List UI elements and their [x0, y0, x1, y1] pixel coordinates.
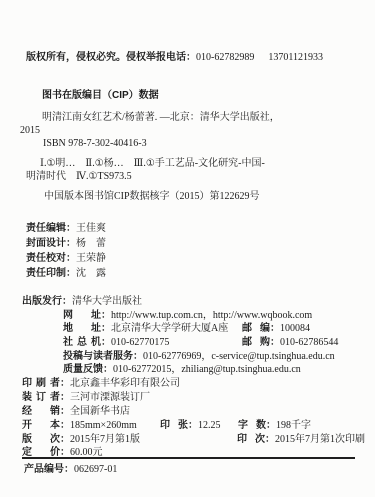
- edition-colon: ：: [60, 434, 70, 445]
- format-label: 开本: [22, 420, 60, 432]
- address-label: 地址: [63, 323, 101, 335]
- report-phone-2: 13701121933: [268, 52, 323, 63]
- report-phone-label: 侵权举报电话：: [126, 52, 196, 63]
- edition-line: 版次：2015年7月第1版印次：2015年7月第1次印刷: [22, 434, 365, 446]
- address-colon: ：: [101, 323, 111, 334]
- proofreader-name: 王荣静: [76, 253, 106, 264]
- cip-heading: 图书在版编目（CIP）数据: [42, 90, 159, 102]
- staff-line-print-supervisor: 责任印制：沈 露: [26, 268, 106, 280]
- wordcount-colon: ：: [266, 420, 276, 431]
- sheets-colon: ：: [188, 420, 198, 431]
- address-value: 北京清华大学学研大厦A座: [111, 323, 242, 335]
- staff-line-editor: 责任编辑：王佳爽: [26, 223, 106, 235]
- divider-line: [22, 457, 355, 459]
- publisher-line: 出版发行：清华大学出版社: [22, 296, 142, 308]
- product-number-value: 062697-01: [74, 464, 117, 475]
- cip-entry-line1: 明清江南女红艺术/杨蕾著. —北京：清华大学出版社，: [42, 112, 280, 124]
- report-phone-1: 010-62782989: [196, 52, 254, 63]
- copyright-notice: 版权所有，侵权必究。: [26, 52, 126, 63]
- proofreader-label: 责任校对：: [26, 253, 76, 264]
- distributor-line: 经销：全国新华书店: [22, 406, 130, 418]
- website-colon: ：: [101, 310, 111, 321]
- website-line: 网址：http://www.tup.com.cn，http://www.wqbo…: [63, 310, 312, 322]
- reader-service-label: 投稿与读者服务：: [63, 351, 143, 362]
- binder-value: 三河市溧源装订厂: [70, 392, 150, 403]
- classification-line1: Ⅰ.①明… Ⅱ.①杨… Ⅲ.①手工艺品-文化研究-中国-: [40, 158, 265, 170]
- cip-entry-line2: 2015: [20, 125, 40, 137]
- distributor-value: 全国新华书店: [70, 406, 130, 417]
- sheets-value: 12.25: [198, 420, 238, 432]
- staff-line-cover-design: 封面设计：杨 蕾: [26, 238, 106, 250]
- switchboard-value: 010-62770175: [111, 337, 242, 349]
- editor-name: 王佳爽: [76, 223, 106, 234]
- cover-design-label: 封面设计：: [26, 238, 76, 249]
- postcode-colon: ：: [270, 323, 280, 334]
- distributor-colon: ：: [60, 406, 70, 417]
- postcode-label: 邮编: [242, 323, 270, 335]
- wordcount-label: 字数: [238, 420, 266, 432]
- printer-colon: ：: [60, 378, 70, 389]
- printer-label: 印刷者: [22, 378, 60, 390]
- impression-value: 2015年7月第1次印刷: [275, 434, 365, 445]
- mail-order-colon: ：: [270, 337, 280, 348]
- reader-service-value: 010-62776969，c-service@tup.tsinghua.edu.…: [143, 351, 335, 362]
- edition-value: 2015年7月第1版: [70, 434, 237, 446]
- product-number-line: 产品编号：062697-01: [24, 464, 117, 476]
- wordcount-value: 198千字: [276, 420, 311, 431]
- product-number-label: 产品编号：: [24, 464, 74, 475]
- isbn-line: ISBN 978-7-302-40416-3: [43, 138, 147, 150]
- classification-line2: 明清时代 Ⅳ.①TS973.5: [26, 171, 132, 183]
- mail-order-value: 010-62786544: [280, 337, 338, 348]
- printer-line: 印刷者：北京鑫丰华彩印有限公司: [22, 378, 180, 390]
- switchboard-label: 社总机: [63, 337, 101, 349]
- format-line: 开本：185mm×260mm印张：12.25字数：198千字: [22, 420, 311, 432]
- impression-colon: ：: [265, 434, 275, 445]
- binder-colon: ：: [60, 392, 70, 403]
- sheets-label: 印张: [160, 420, 188, 432]
- binder-label: 装订者: [22, 392, 60, 404]
- copyright-notice-line: 版权所有，侵权必究。侵权举报电话：010-6278298913701121933: [26, 52, 323, 64]
- address-line: 地址：北京清华大学学研大厦A座邮编：100084: [63, 323, 310, 335]
- website-value: http://www.tup.com.cn，http://www.wqbook.…: [111, 310, 312, 321]
- switchboard-line: 社总机：010-62770175邮购：010-62786544: [63, 337, 338, 349]
- website-label: 网址: [63, 310, 101, 322]
- postcode-value: 100084: [280, 323, 310, 334]
- cover-design-name: 杨 蕾: [76, 238, 106, 249]
- mail-order-label: 邮购: [242, 337, 270, 349]
- format-colon: ：: [60, 420, 70, 431]
- book-copyright-page: 版权所有，侵权必究。侵权举报电话：010-6278298913701121933…: [0, 0, 375, 497]
- staff-line-proofreader: 责任校对：王荣静: [26, 253, 106, 265]
- impression-label: 印次: [237, 434, 265, 446]
- binder-line: 装订者：三河市溧源装订厂: [22, 392, 150, 404]
- editor-label: 责任编辑：: [26, 223, 76, 234]
- cip-record-number: 中国版本图书馆CIP数据核字（2015）第122629号: [44, 191, 260, 203]
- quality-feedback-line: 质量反馈：010-62772015，zhiliang@tup.tsinghua.…: [63, 364, 301, 376]
- publisher-label: 出版发行：: [22, 296, 72, 307]
- switchboard-colon: ：: [101, 337, 111, 348]
- printer-value: 北京鑫丰华彩印有限公司: [70, 378, 180, 389]
- quality-feedback-label: 质量反馈：: [63, 364, 113, 375]
- quality-feedback-value: 010-62772015，zhiliang@tup.tsinghua.edu.c…: [113, 364, 301, 375]
- publisher-name: 清华大学出版社: [72, 296, 142, 307]
- edition-label: 版次: [22, 434, 60, 446]
- reader-service-line: 投稿与读者服务：010-62776969，c-service@tup.tsing…: [63, 351, 335, 363]
- print-supervisor-label: 责任印制：: [26, 268, 76, 279]
- distributor-label: 经销: [22, 406, 60, 418]
- print-supervisor-name: 沈 露: [76, 268, 106, 279]
- format-value: 185mm×260mm: [70, 420, 160, 432]
